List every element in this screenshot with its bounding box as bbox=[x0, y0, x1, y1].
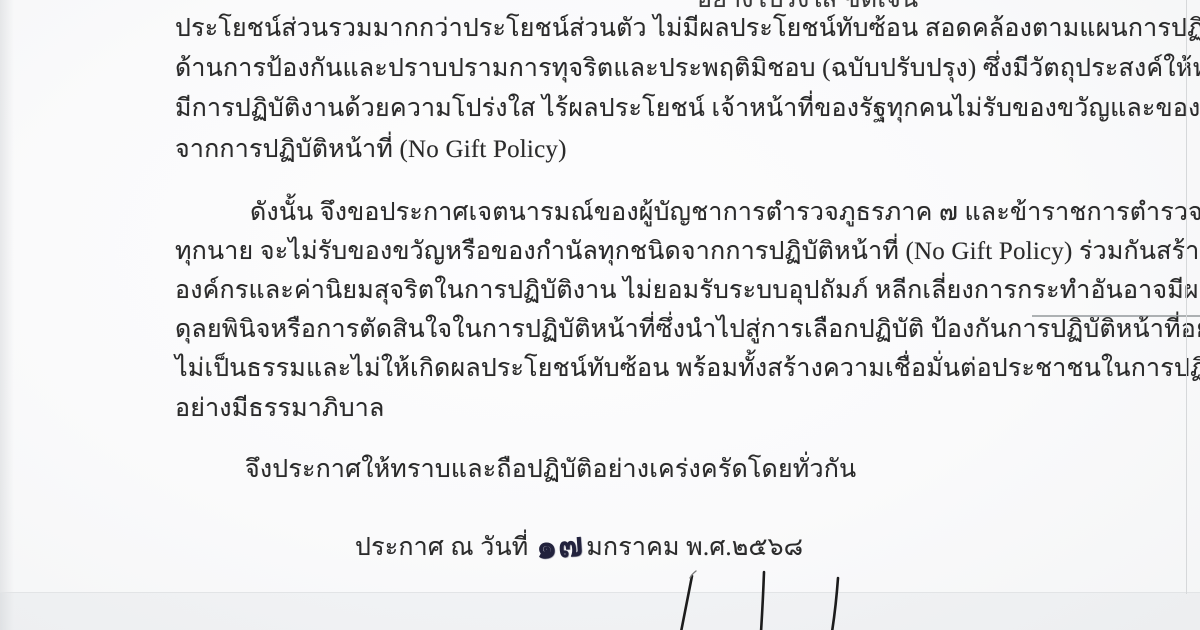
scanned-document-page: อย่างโปร่งใส ชัดเจน ประโยชน์ส่วนรวมมากกว… bbox=[0, 0, 1200, 630]
signature-strokes bbox=[0, 0, 1200, 630]
